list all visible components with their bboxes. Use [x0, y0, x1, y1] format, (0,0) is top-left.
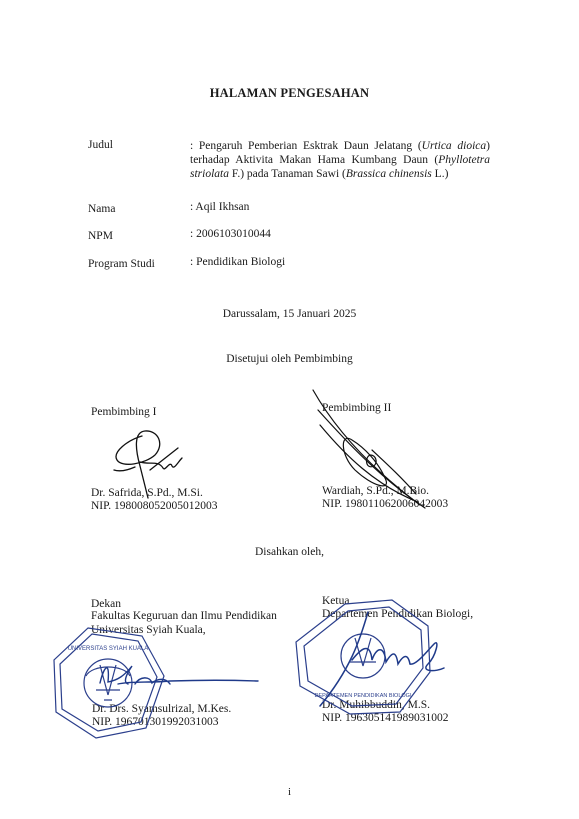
stamp-ketua: DEPARTEMEN PENDIDIKAN BIOLOGI	[296, 600, 430, 714]
signature-ketua	[320, 612, 444, 706]
signature-pembimbing-2	[313, 390, 425, 508]
stamp-dekan: UNIVERSITAS SYIAH KUALA	[54, 628, 164, 738]
signature-dekan	[100, 666, 258, 684]
signature-pembimbing-1	[114, 431, 182, 498]
svg-text:UNIVERSITAS SYIAH KUALA: UNIVERSITAS SYIAH KUALA	[68, 646, 149, 652]
signatures-stamps-layer: UNIVERSITAS SYIAH KUALA DEPARTEMEN PENDI…	[0, 0, 579, 819]
